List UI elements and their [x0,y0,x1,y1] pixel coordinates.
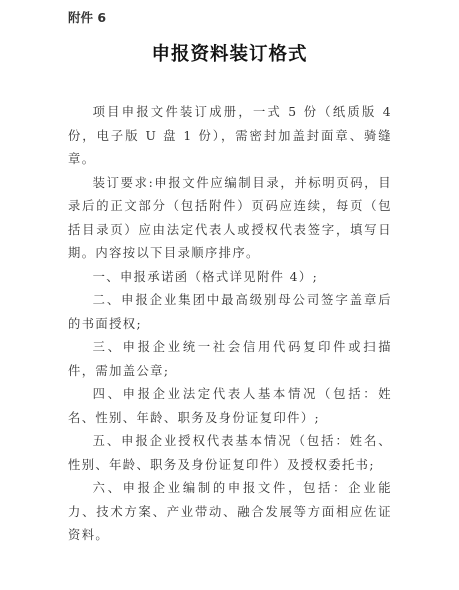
list-item-4: 四、申报企业法定代表人基本情况（包括：姓名、性别、年龄、职务及身份证复印件）; [68,383,392,430]
document-title: 申报资料装订格式 [0,40,459,66]
paragraph-intro: 项目申报文件装订成册，一式 5 份（纸质版 4 份，电子版 U 盘 1 份），需… [68,101,392,172]
list-item-6: 六、申报企业编制的申报文件，包括：企业能力、技术方案、产业带动、融合发展等方面相… [68,477,392,548]
document-body: 项目申报文件装订成册，一式 5 份（纸质版 4 份，电子版 U 盘 1 份），需… [68,101,392,548]
attachment-label: 附件 6 [68,8,106,26]
list-item-3: 三、申报企业统一社会信用代码复印件或扫描件，需加盖公章; [68,336,392,383]
paragraph-binding-requirements: 装订要求:申报文件应编制目录，并标明页码，目录后的正文部分（包括附件）页码应连续… [68,172,392,266]
list-item-5: 五、申报企业授权代表基本情况（包括：姓名、性别、年龄、职务及身份证复印件）及授权… [68,430,392,477]
list-item-2: 二、申报企业集团中最高级别母公司签字盖章后的书面授权; [68,289,392,336]
list-item-1: 一、申报承诺函（格式详见附件 4）; [68,266,392,290]
